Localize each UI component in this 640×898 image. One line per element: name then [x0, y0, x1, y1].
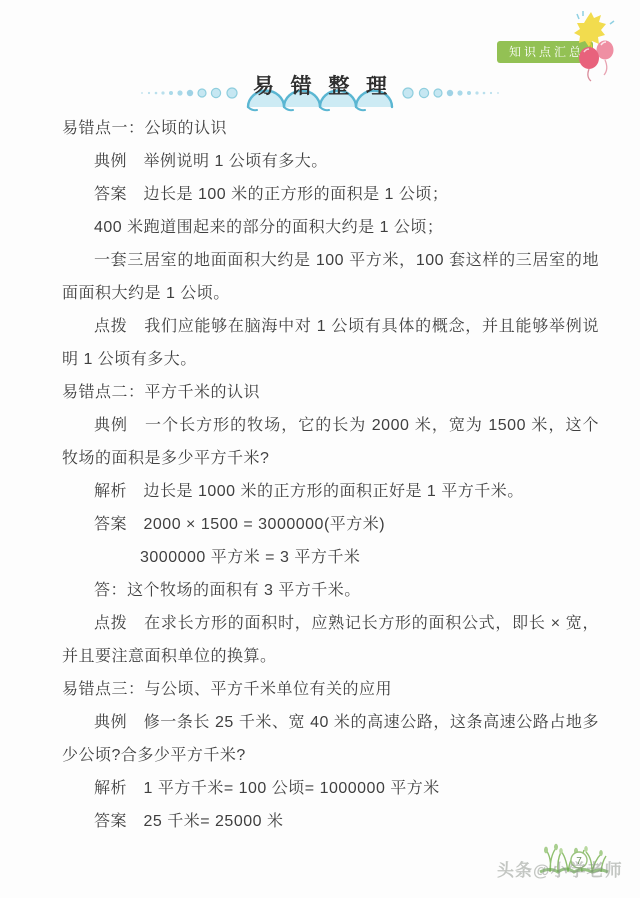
answer-paragraph: 答案 边长是 100 米的正方形的面积是 1 公顷； [62, 178, 599, 211]
example-paragraph: 典例 一个长方形的牧场，它的长为 2000 米，宽为 1500 米，这个牧场的面… [62, 409, 599, 475]
answer-paragraph: 答案 25 千米= 25000 米 [62, 805, 599, 838]
title-char: 整 [328, 70, 349, 100]
section-mistake-2: 易错点二：平方千米的认识 典例 一个长方形的牧场，它的长为 2000 米，宽为 … [62, 376, 599, 673]
dots-decoration-left-icon [139, 86, 239, 100]
tip-paragraph: 点拨 在求长方形的面积时，应熟记长方形的面积公式，即长 × 宽，并且要注意面积单… [62, 607, 599, 673]
section-2-heading: 易错点二：平方千米的认识 [62, 376, 599, 409]
analysis-paragraph: 解析 边长是 1000 米的正方形的面积正好是 1 平方千米。 [62, 475, 599, 508]
section-mistake-1: 易错点一：公顷的认识 典例 举例说明 1 公顷有多大。 答案 边长是 100 米… [62, 112, 599, 376]
tip-paragraph: 点拨 我们应能够在脑海中对 1 公顷有具体的概念，并且能够举例说明 1 公顷有多… [62, 310, 599, 376]
section-mistake-3: 易错点三：与公顷、平方千米单位有关的应用 典例 修一条长 25 千米、宽 40 … [62, 673, 599, 838]
page-title-text: 易 错 整 理 [245, 70, 395, 100]
section-1-heading: 易错点一：公顷的认识 [62, 112, 599, 145]
analysis-paragraph: 解析 1 平方千米= 100 公顷= 1000000 平方米 [62, 772, 599, 805]
watermark-text: 头条@小学老师 [497, 856, 640, 881]
title-char: 易 [253, 70, 274, 100]
equation-line: 3000000 平方米 = 3 平方千米 [62, 541, 599, 574]
page-title: 易 错 整 理 [0, 70, 640, 112]
example-paragraph: 典例 修一条长 25 千米、宽 40 米的高速公路，这条高速公路占地多少公顷?合… [62, 706, 599, 772]
title-char: 理 [366, 70, 387, 100]
section-3-heading: 易错点三：与公顷、平方千米单位有关的应用 [62, 673, 599, 706]
answer-sentence: 答：这个牧场的面积有 3 平方千米。 [62, 574, 599, 607]
dots-decoration-right-icon [401, 86, 501, 100]
answer-paragraph: 一套三居室的地面面积大约是 100 平方米，100 套这样的三居室的地面面积大约… [62, 244, 599, 310]
title-char: 错 [291, 70, 312, 100]
example-paragraph: 典例 举例说明 1 公顷有多大。 [62, 145, 599, 178]
document-body: 易错点一：公顷的认识 典例 举例说明 1 公顷有多大。 答案 边长是 100 米… [62, 112, 599, 838]
answer-paragraph: 答案 2000 × 1500 = 3000000(平方米) [62, 508, 599, 541]
answer-paragraph: 400 米跑道围起来的部分的面积大约是 1 公顷； [62, 211, 599, 244]
